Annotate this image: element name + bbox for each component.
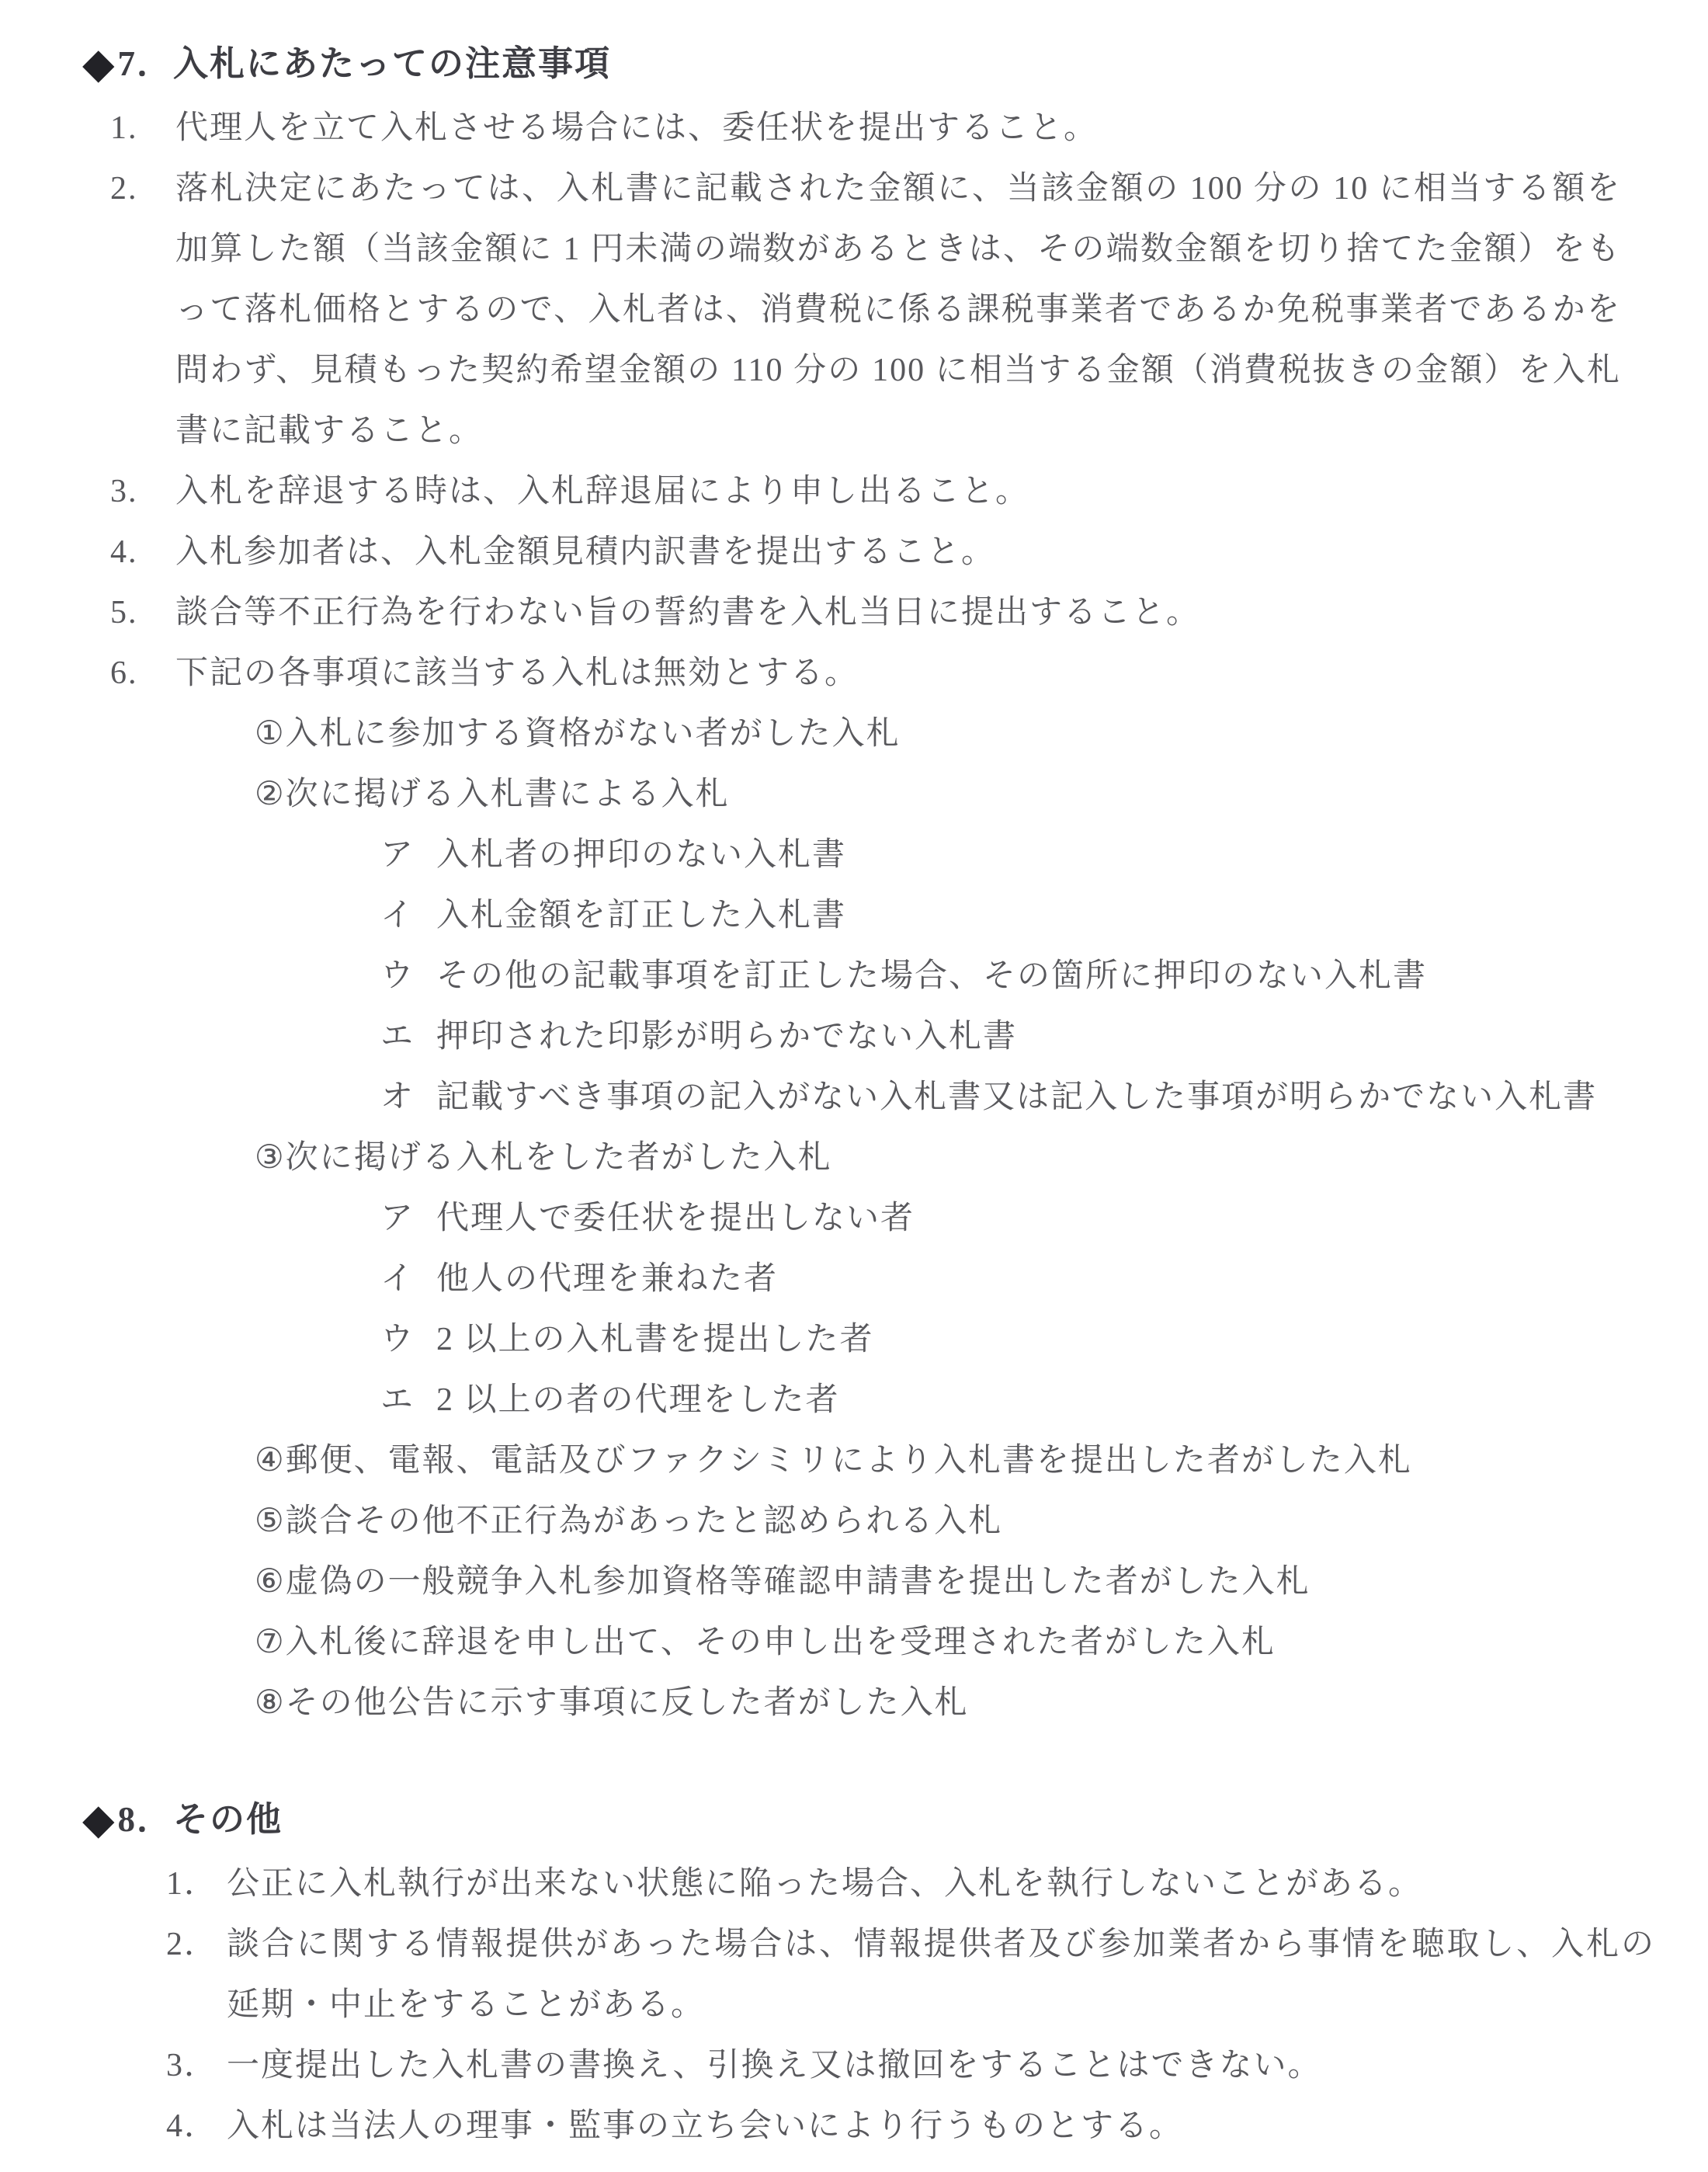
kana-sub-item: イ 他人の代理を兼ねた者 [380, 1249, 1708, 1309]
list-item: 6. 下記の各事項に該当する入札は無効とする。 [110, 643, 1708, 704]
list-item: 1． 公正に入札執行が出来ない状態に陥った場合、入札を執行しないことがある。 [166, 1854, 1708, 1914]
invalid-bid-item: ② 次に掲げる入札書による入札 [255, 764, 1708, 825]
kana-label: イ [380, 885, 436, 946]
invalid-bid-text: 虚偽の一般競争入札参加資格等確認申請書を提出した者がした入札 [286, 1552, 1311, 1612]
list-item-number: 3． [166, 2035, 227, 2096]
invalid-bid-text: 入札後に辞退を申し出て、その申し出を受理された者がした入札 [286, 1612, 1276, 1673]
list-item-number: 2． [166, 1914, 227, 2035]
list-item-number: 1． [166, 1854, 227, 1914]
kana-sub-item: ウ その他の記載事項を訂正した場合、その箇所に押印のない入札書 [380, 946, 1708, 1006]
circled-number-label: ④ [255, 1430, 286, 1491]
list-item-text: 入札は当法人の理事・監事の立ち会いにより行うものとする。 [227, 2096, 1655, 2156]
kana-label: オ [380, 1067, 436, 1128]
list-item: 4. 入札参加者は、入札金額見積内訳書を提出すること。 [110, 522, 1708, 582]
list-item-text: 落札決定にあたっては、入札書に記載された金額に、当該金額の 100 分の 10 … [175, 158, 1621, 461]
list-item-number: 2. [110, 158, 175, 461]
kana-sub-item: ア 入札者の押印のない入札書 [380, 825, 1708, 885]
invalid-bid-text: その他公告に示す事項に反した者がした入札 [286, 1673, 969, 1733]
kana-sub-item: ア 代理人で委任状を提出しない者 [380, 1188, 1708, 1249]
kana-sub-item: エ 押印された印影が明らかでない入札書 [380, 1006, 1708, 1067]
kana-label: ア [380, 1188, 436, 1249]
list-item-text: 下記の各事項に該当する入札は無効とする。 [175, 643, 1621, 704]
invalid-bid-item: ⑦ 入札後に辞退を申し出て、その申し出を受理された者がした入札 [255, 1612, 1708, 1673]
section8-header: ◆ 8．その他 [82, 1789, 1708, 1850]
kana-sub-item: ウ 2 以上の入札書を提出した者 [380, 1309, 1708, 1370]
kana-text: 代理人で委任状を提出しない者 [436, 1188, 915, 1249]
list-item: 3． 一度提出した入札書の書換え、引換え又は撤回をすることはできない。 [166, 2035, 1708, 2096]
list-item: 4． 入札は当法人の理事・監事の立ち会いにより行うものとする。 [166, 2096, 1708, 2156]
kana-text: 他人の代理を兼ねた者 [436, 1249, 778, 1309]
kana-sub-item: イ 入札金額を訂正した入札書 [380, 885, 1708, 946]
invalid-bid-item: ⑥ 虚偽の一般競争入札参加資格等確認申請書を提出した者がした入札 [255, 1552, 1708, 1612]
invalid-bid-text: 郵便、電報、電話及びファクシミリにより入札書を提出した者がした入札 [286, 1430, 1412, 1491]
list-item-number: 4． [166, 2096, 227, 2156]
kana-text: 押印された印影が明らかでない入札書 [436, 1006, 1017, 1067]
list-item-number: 1. [110, 98, 175, 158]
document-page: ◆ 7．入札にあたっての注意事項 1. 代理人を立て入札させる場合には、委任状を… [0, 0, 1708, 2156]
invalid-bid-item: ③ 次に掲げる入札をした者がした入札 [255, 1128, 1708, 1188]
circled-number-label: ⑥ [255, 1552, 286, 1612]
section8-title: 8．その他 [118, 1789, 283, 1850]
list-item-number: 5. [110, 582, 175, 643]
circled-number-label: ⑧ [255, 1673, 286, 1733]
list-item-text: 入札参加者は、入札金額見積内訳書を提出すること。 [175, 522, 1621, 582]
section8: ◆ 8．その他 1． 公正に入札執行が出来ない状態に陥った場合、入札を執行しない… [0, 1789, 1708, 2156]
list-item: 5. 談合等不正行為を行わない旨の誓約書を入札当日に提出すること。 [110, 582, 1708, 643]
section7-title: 7．入札にあたっての注意事項 [118, 33, 612, 94]
kana-text: 入札者の押印のない入札書 [436, 825, 846, 885]
list-item-text: 談合等不正行為を行わない旨の誓約書を入札当日に提出すること。 [175, 582, 1621, 643]
list-item-text: 一度提出した入札書の書換え、引換え又は撤回をすることはできない。 [227, 2035, 1655, 2096]
kana-text: 記載すべき事項の記入がない入札書又は記入した事項が明らかでない入札書 [436, 1067, 1597, 1128]
section7-header: ◆ 7．入札にあたっての注意事項 [82, 33, 1708, 94]
invalid-bid-item: ⑧ その他公告に示す事項に反した者がした入札 [255, 1673, 1708, 1733]
list-item-number: 6. [110, 643, 175, 704]
list-item-text: 公正に入札執行が出来ない状態に陥った場合、入札を執行しないことがある。 [227, 1854, 1655, 1914]
invalid-bid-text: 入札に参加する資格がない者がした入札 [286, 704, 901, 764]
diamond-bullet-icon: ◆ [82, 33, 115, 94]
kana-label: ウ [380, 1309, 436, 1370]
list-item: 2. 落札決定にあたっては、入札書に記載された金額に、当該金額の 100 分の … [110, 158, 1708, 461]
invalid-bid-item: ④ 郵便、電報、電話及びファクシミリにより入札書を提出した者がした入札 [255, 1430, 1708, 1491]
kana-label: イ [380, 1249, 436, 1309]
circled-number-label: ⑤ [255, 1491, 286, 1552]
kana-text: 2 以上の入札書を提出した者 [436, 1309, 874, 1370]
circled-number-label: ③ [255, 1128, 286, 1188]
circled-number-label: ② [255, 764, 286, 825]
list-item-number: 4. [110, 522, 175, 582]
diamond-bullet-icon: ◆ [82, 1789, 115, 1850]
kana-text: 2 以上の者の代理をした者 [436, 1370, 840, 1430]
invalid-bid-item: ① 入札に参加する資格がない者がした入札 [255, 704, 1708, 764]
invalid-bid-text: 談合その他不正行為があったと認められる入札 [286, 1491, 1003, 1552]
invalid-bid-item: ⑤ 談合その他不正行為があったと認められる入札 [255, 1491, 1708, 1552]
kana-label: エ [380, 1006, 436, 1067]
circled-number-label: ① [255, 704, 286, 764]
kana-text: その他の記載事項を訂正した場合、その箇所に押印のない入札書 [436, 946, 1427, 1006]
list-item-text: 入札を辞退する時は、入札辞退届により申し出ること。 [175, 461, 1621, 522]
invalid-bid-text: 次に掲げる入札書による入札 [286, 764, 730, 825]
list-item: 3. 入札を辞退する時は、入札辞退届により申し出ること。 [110, 461, 1708, 522]
list-item-text: 代理人を立て入札させる場合には、委任状を提出すること。 [175, 98, 1621, 158]
list-item-text: 談合に関する情報提供があった場合は、情報提供者及び参加業者から事情を聴取し、入札… [227, 1914, 1655, 2035]
invalid-bid-text: 次に掲げる入札をした者がした入札 [286, 1128, 832, 1188]
kana-label: ア [380, 825, 436, 885]
list-item-number: 3. [110, 461, 175, 522]
kana-sub-item: エ 2 以上の者の代理をした者 [380, 1370, 1708, 1430]
kana-sub-item: オ 記載すべき事項の記入がない入札書又は記入した事項が明らかでない入札書 [380, 1067, 1708, 1128]
list-item: 1. 代理人を立て入札させる場合には、委任状を提出すること。 [110, 98, 1708, 158]
circled-number-label: ⑦ [255, 1612, 286, 1673]
kana-text: 入札金額を訂正した入札書 [436, 885, 846, 946]
kana-label: ウ [380, 946, 436, 1006]
list-item: 2． 談合に関する情報提供があった場合は、情報提供者及び参加業者から事情を聴取し… [166, 1914, 1708, 2035]
kana-label: エ [380, 1370, 436, 1430]
